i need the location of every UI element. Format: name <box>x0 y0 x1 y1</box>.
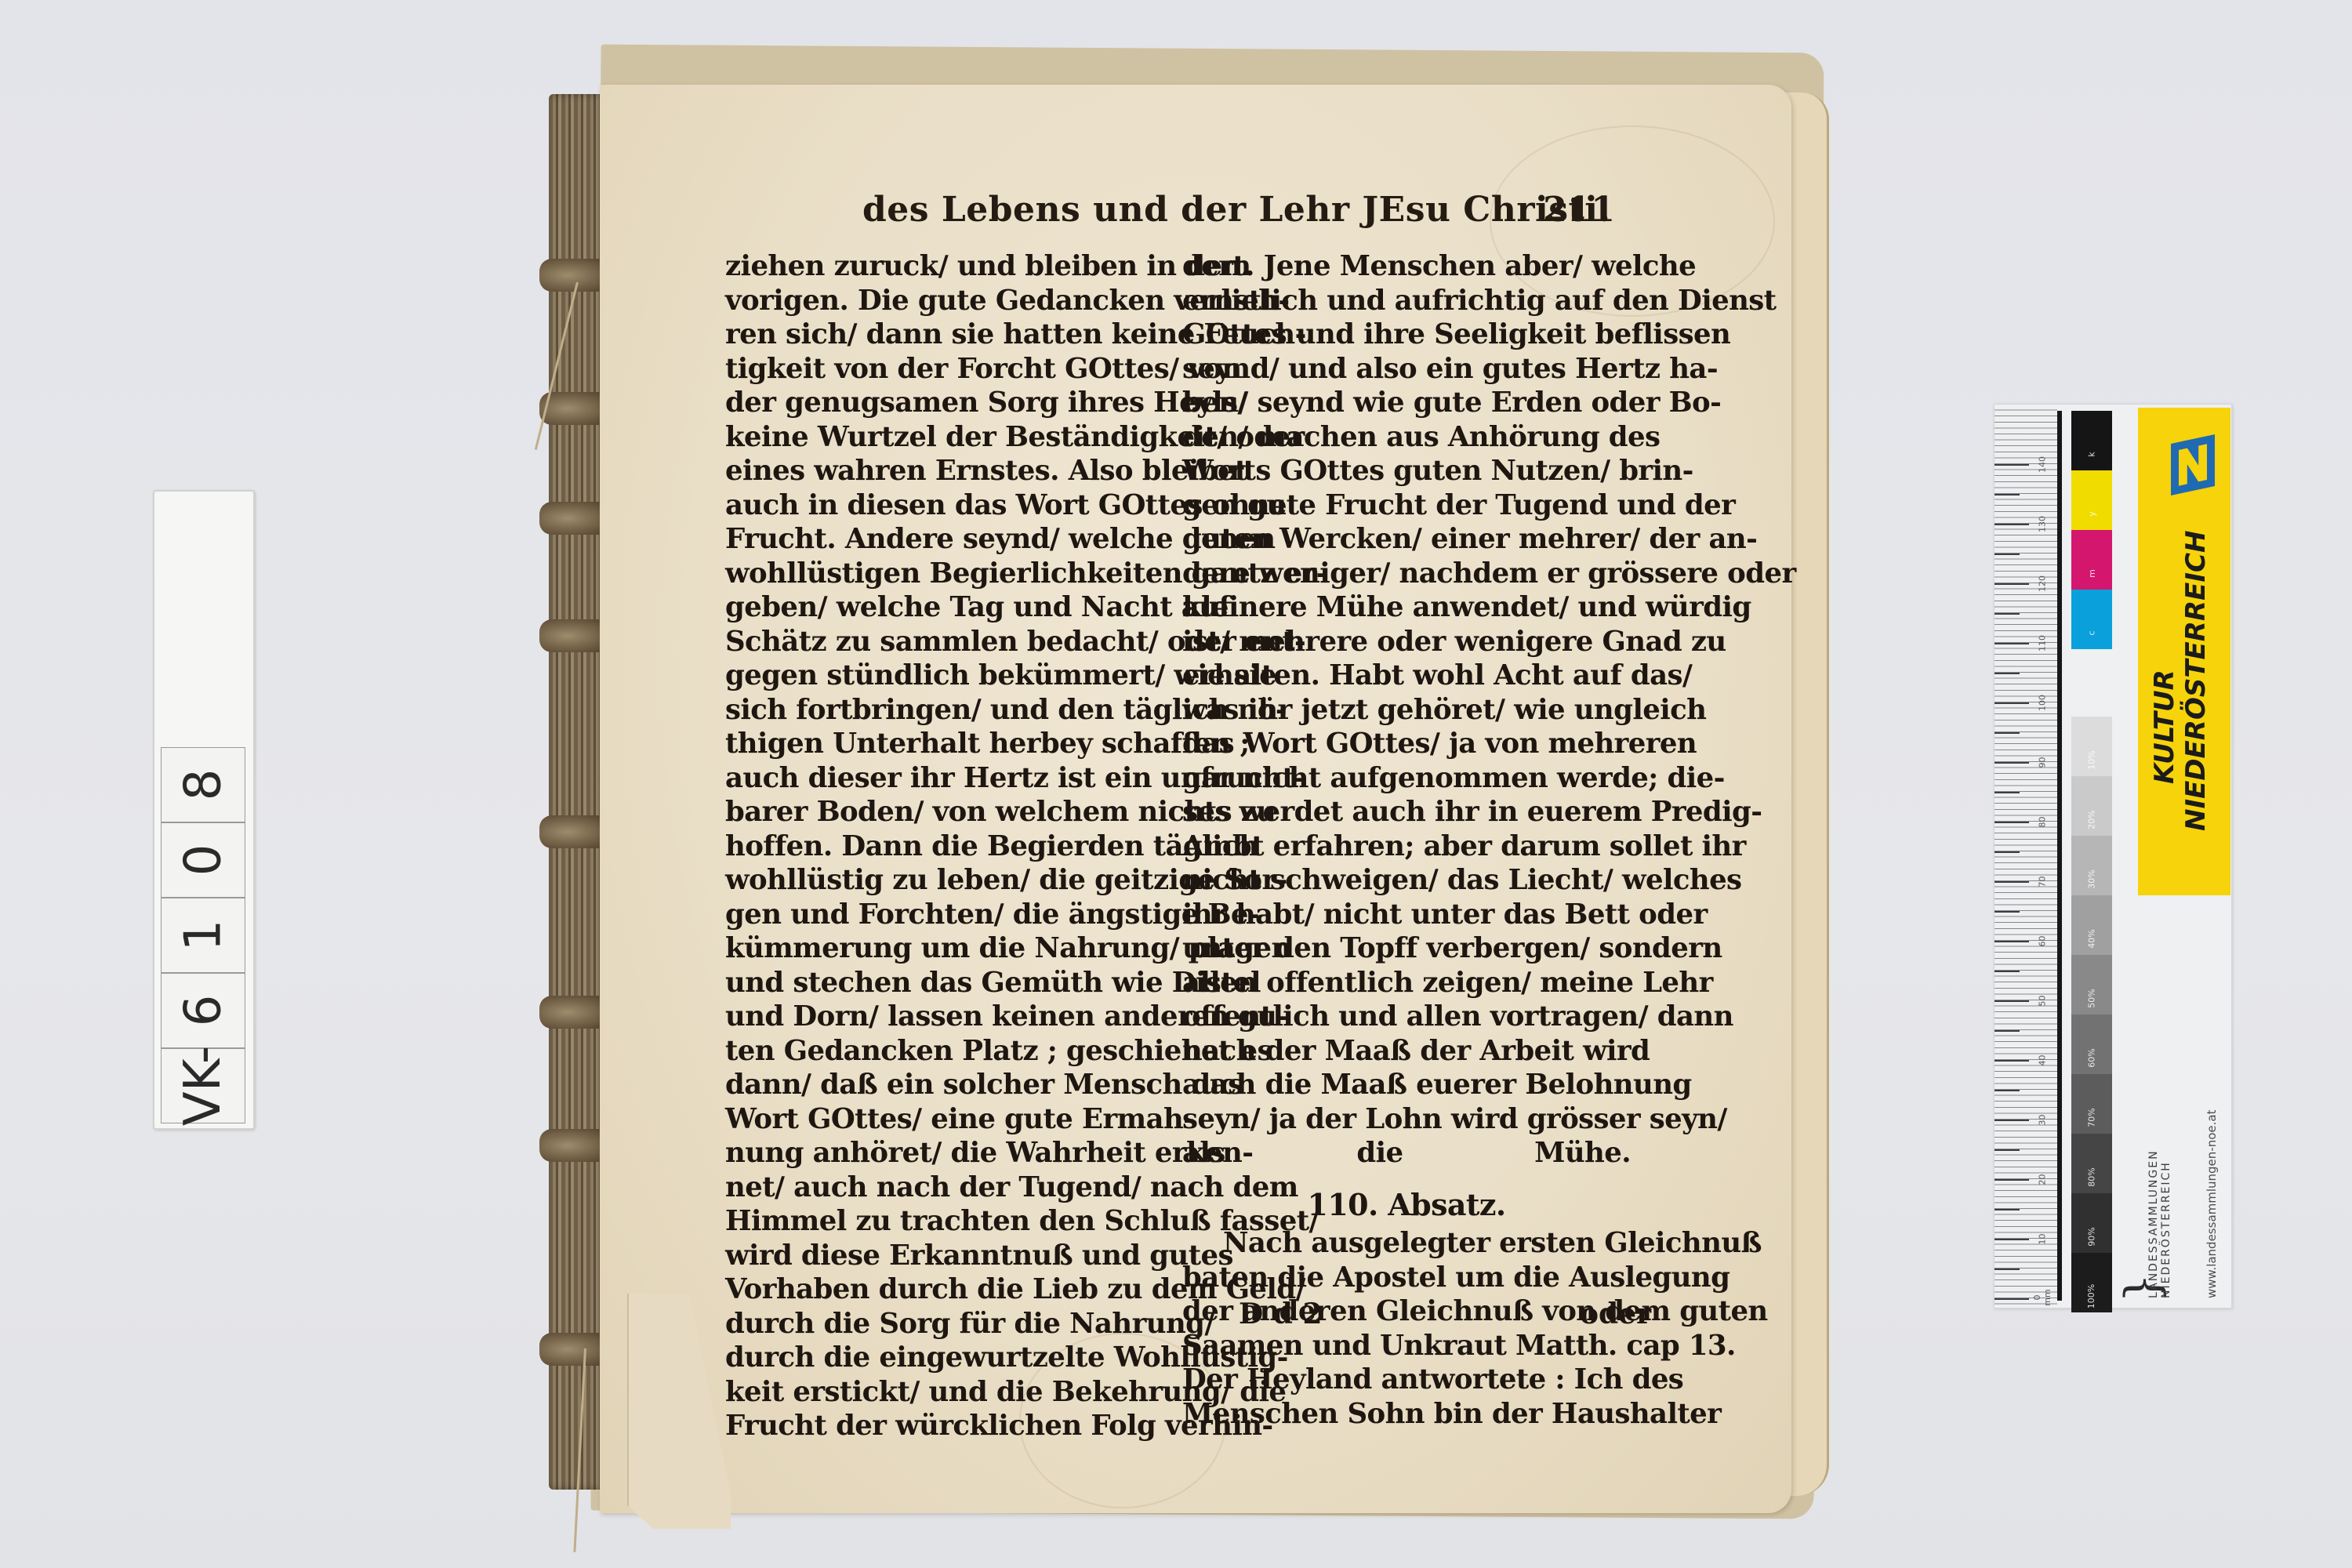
text-line: Worts GOttes guten Nutzen/ brin- <box>1182 454 1631 488</box>
text-line: das Wort GOttes/ ja von mehreren <box>1182 727 1631 761</box>
text-line: Der Heyland antwortete : Ich des <box>1182 1363 1631 1397</box>
ruler-tick <box>1994 1179 2029 1181</box>
label-cell: VK- <box>161 1048 245 1123</box>
ruler-label: 70 <box>2038 870 2048 894</box>
text-line: seynd/ und also ein gutes Hertz ha- <box>1182 352 1631 387</box>
text-line: eines wahren Ernstes. Also bleibet <box>725 454 1168 488</box>
ruler-label: 140 <box>2038 453 2048 477</box>
signature-mark: D d 2 <box>1239 1298 1323 1330</box>
text-line: ziehen zuruck/ und bleiben in dem <box>725 249 1168 284</box>
text-line: allen offentlich zeigen/ meine Lehr <box>1182 966 1631 1000</box>
gray-patch: 50% <box>2071 955 2112 1014</box>
text-line: gar nicht aufgenommen werde; die- <box>1182 761 1631 796</box>
ruler-tick <box>1994 1120 2029 1121</box>
text-line: gen und Forchten/ die ängstige Be- <box>725 898 1168 932</box>
institution-line-2: NIEDERÖSTERREICH <box>2160 1161 2172 1298</box>
brand-wordmark: KULTUR NIEDERÖSTERREICH <box>2149 531 2212 831</box>
gray-patch: 80% <box>2071 1134 2112 1193</box>
label-cell: 6 <box>161 973 245 1048</box>
ruler-label: 50 <box>2038 989 2048 1013</box>
ruler-tick <box>1994 1060 2029 1062</box>
label-digit: 6 <box>174 995 232 1027</box>
text-line: barer Boden/ von welchem nichts zu <box>725 795 1168 829</box>
text-line: dere weniger/ nachdem er grössere oder <box>1182 557 1631 591</box>
ruler-tick <box>1994 613 2020 615</box>
label-cell: 0 <box>161 822 245 898</box>
text-line: den/ machen aus Anhörung des <box>1182 420 1631 455</box>
gray-patch: 100% <box>2071 1253 2112 1312</box>
text-line: Himmel zu trachten den Schluß fasset/ <box>725 1204 1168 1239</box>
text-line: und stechen das Gemüth wie Distel <box>725 966 1168 1000</box>
text-line: wird diese Erkanntnuß und gutes <box>725 1239 1168 1273</box>
text-column-left: ziehen zuruck/ und bleiben in demvorigen… <box>725 249 1168 1443</box>
patch-label: y <box>2086 511 2096 517</box>
ruler-label: 110 <box>2038 632 2048 655</box>
patch-label: 60% <box>2086 1048 2096 1067</box>
text-line: Wort GOttes/ eine gute Ermah- <box>725 1102 1168 1137</box>
text-line: guten Wercken/ einer mehrer/ der an- <box>1182 522 1631 557</box>
patch-label: 100% <box>2086 1284 2096 1308</box>
text-line: vorigen. Die gute Gedancken verlieh- <box>725 284 1168 318</box>
section-heading: 110. Absatz. <box>1182 1188 1631 1222</box>
patch-label: 20% <box>2086 810 2096 829</box>
page-number: 211 <box>1543 190 1615 230</box>
gray-patch: 90% <box>2071 1193 2112 1253</box>
text-line: als die Mühe. <box>1182 1136 1631 1171</box>
text-line: net/ auch nach der Tugend/ nach dem <box>725 1171 1168 1205</box>
noe-logo-icon <box>2171 434 2215 495</box>
running-head-title: des Lebens und der Lehr JEsu Christi. <box>862 190 1610 230</box>
ruler-tick <box>1994 583 2029 585</box>
ruler-tick <box>1994 911 2020 913</box>
patch-label: 70% <box>2086 1108 2096 1127</box>
gray-patch: 10% <box>2071 717 2112 776</box>
text-line: durch die Sorg für die Nahrung/ <box>725 1307 1168 1341</box>
text-line: Ambt erfahren; aber darum sollet ihr <box>1182 829 1631 864</box>
ruler-tick <box>1994 732 2020 734</box>
ruler-label: 0 mm <box>2032 1286 2053 1309</box>
text-line: keit erstickt/ und die Bekehrung/ die <box>725 1375 1168 1410</box>
text-line: gen gute Frucht der Tugend und der <box>1182 488 1631 523</box>
ruler-tick <box>1994 1149 2020 1151</box>
ruler-tick <box>1994 1030 2020 1032</box>
ruler-tick <box>1994 1239 2029 1240</box>
ruler-tick <box>1994 941 2029 942</box>
ruler-tick <box>1994 702 2029 704</box>
text-line: ten Gedancken Platz ; geschiehet es <box>725 1034 1168 1069</box>
brand-line-1: KULTUR <box>2149 531 2180 831</box>
gray-patch: 20% <box>2071 776 2112 836</box>
text-line: der genugsamen Sorg ihres Heyls/ <box>725 386 1168 420</box>
ruler-label: 40 <box>2038 1049 2048 1073</box>
patch-label: k <box>2087 452 2097 456</box>
catchword: oder <box>1580 1298 1651 1330</box>
color-patch-c: c <box>2071 590 2112 649</box>
running-head: des Lebens und der Lehr JEsu Christi. 21… <box>862 190 1615 237</box>
text-column-right: dert. Jene Menschen aber/ welcheernstlic… <box>1182 249 1631 1431</box>
ruler-tick <box>1994 822 2029 823</box>
label-cell: 8 <box>161 747 245 822</box>
text-line: ihr habt/ nicht unter das Bett oder <box>1182 898 1631 932</box>
text-line: keine Wurtzel der Beständigkeit/ oder <box>725 420 1168 455</box>
text-line: kümmerung um die Nahrung/ plagen <box>725 931 1168 966</box>
text-line: tigkeit von der Forcht GOttes/ von <box>725 352 1168 387</box>
label-digit: 1 <box>174 920 232 952</box>
text-line: auch in diesen das Wort GOttes ohne <box>725 488 1168 523</box>
inventory-number-label: 8 0 1 6 VK- <box>153 490 255 1130</box>
ruler-tick <box>1994 762 2029 764</box>
text-line: nicht schweigen/ das Liecht/ welches <box>1182 863 1631 898</box>
gray-patch: 70% <box>2071 1074 2112 1134</box>
color-scale-card: KULTUR NIEDERÖSTERREICH www.landessammlu… <box>1994 404 2232 1308</box>
black-reference-bar <box>2057 411 2062 1301</box>
ruler-tick <box>1994 1298 2029 1300</box>
ruler-tick <box>1994 792 2020 793</box>
text-line: Frucht. Andere seynd/ welche denen <box>725 522 1168 557</box>
ruler-label: 100 <box>2038 691 2048 715</box>
patch-label: 40% <box>2086 929 2096 948</box>
text-line: gegen stündlich bekümmert/ wie sie <box>725 659 1168 693</box>
text-line: unter den Topff verbergen/ sondern <box>1182 931 1631 966</box>
patch-label: 50% <box>2086 989 2096 1007</box>
text-line: Menschen Sohn bin der Haushalter <box>1182 1397 1631 1432</box>
patch-label: m <box>2087 569 2097 578</box>
website-url: www.landessammlungen-noe.at <box>2205 1110 2219 1298</box>
text-line: ben/ seynd wie gute Erden oder Bo- <box>1182 386 1631 420</box>
label-prefix: VK- <box>174 1046 232 1126</box>
text-line: GOttes und ihre Seeligkeit beflissen <box>1182 318 1631 352</box>
gray-patch: 60% <box>2071 1014 2112 1074</box>
text-line: auch die Maaß euerer Belohnung <box>1182 1068 1631 1102</box>
color-patch-m: m <box>2071 530 2112 590</box>
patch-label: 30% <box>2086 869 2096 888</box>
text-line: nach der Maaß der Arbeit wird <box>1182 1034 1631 1069</box>
text-line: offentlich und allen vortragen/ dann <box>1182 1000 1631 1034</box>
text-line: dert. Jene Menschen aber/ welche <box>1182 249 1631 284</box>
book-spine <box>549 94 605 1490</box>
text-line: Nach ausgelegter ersten Gleichnuß <box>1182 1226 1631 1261</box>
ruler-tick <box>1994 643 2029 644</box>
ruler-label: 130 <box>2038 513 2048 536</box>
text-line: hoffen. Dann die Begierden täglich <box>725 829 1168 864</box>
ruler-label: 90 <box>2038 751 2048 775</box>
text-line: kleinere Mühe anwendet/ und würdig <box>1182 590 1631 625</box>
ruler-tick <box>1994 554 2020 555</box>
ruler-tick <box>1994 971 2020 972</box>
text-line: Frucht der würcklichen Folg verhin- <box>725 1409 1168 1443</box>
gray-patch: 30% <box>2071 836 2112 895</box>
color-patch-y: y <box>2071 470 2112 530</box>
text-line: wohllüstigen Begierlichkeiten gantz er- <box>725 557 1168 591</box>
ruler-label: 30 <box>2038 1109 2048 1132</box>
text-line: sich fortbringen/ und den täglich nö- <box>725 693 1168 728</box>
text-line: seyn/ ja der Lohn wird grösser seyn/ <box>1182 1102 1631 1137</box>
text-line: ist/ mehrere oder wenigere Gnad zu <box>1182 625 1631 659</box>
color-patch-k: k <box>2071 411 2112 470</box>
patch-label: 90% <box>2086 1227 2096 1246</box>
institution-line-1: LANDESSAMMLUNGEN <box>2147 1149 2160 1298</box>
ruler-tick <box>1994 1269 2020 1270</box>
text-line: auch dieser ihr Hertz ist ein unfrucht- <box>725 761 1168 796</box>
text-line: baten die Apostel um die Auslegung <box>1182 1261 1631 1295</box>
ruler-tick <box>1994 1209 2020 1210</box>
ruler-tick <box>1994 524 2029 525</box>
ruler-label: 80 <box>2038 811 2048 834</box>
label-digit: 8 <box>174 769 232 801</box>
brand-panel: KULTUR NIEDERÖSTERREICH <box>2138 408 2230 895</box>
patch-label: 80% <box>2086 1167 2096 1186</box>
text-line: erhalten. Habt wohl Acht auf das/ <box>1182 659 1631 693</box>
millimeter-ruler <box>1994 405 2057 1308</box>
label-digit: 0 <box>174 844 232 877</box>
ruler-tick <box>1994 881 2029 883</box>
ruler-tick <box>1994 1000 2029 1002</box>
text-line: thigen Unterhalt herbey schaffen ; <box>725 727 1168 761</box>
institution-name: LANDESSAMMLUNGEN NIEDERÖSTERREICH <box>2147 1149 2172 1298</box>
text-line: Saamen und Unkraut Matth. cap 13. <box>1182 1329 1631 1363</box>
gray-patch: 40% <box>2071 895 2112 955</box>
text-line: und Dorn/ lassen keinen anderen gu- <box>725 1000 1168 1034</box>
ruler-label: 60 <box>2038 930 2048 953</box>
text-line: Schätz zu sammlen bedacht/ oder ent- <box>725 625 1168 659</box>
text-line: ren sich/ dann sie hatten keine Feuch- <box>725 318 1168 352</box>
text-line: ernstlich und aufrichtig auf den Dienst <box>1182 284 1631 318</box>
ruler-tick <box>1994 851 2020 853</box>
text-line: nung anhöret/ die Wahrheit erken- <box>725 1136 1168 1171</box>
ruler-tick <box>1994 1090 2020 1091</box>
label-cell: 1 <box>161 898 245 973</box>
ruler-label: 120 <box>2038 572 2048 596</box>
text-line: dann/ daß ein solcher Mensch das <box>725 1068 1168 1102</box>
ruler-tick <box>1994 464 2029 466</box>
text-line: geben/ welche Tag und Nacht auf <box>725 590 1168 625</box>
brand-line-2: NIEDERÖSTERREICH <box>2180 531 2212 831</box>
text-line: was ihr jetzt gehöret/ wie ungleich <box>1182 693 1631 728</box>
ruler-label: 20 <box>2038 1168 2048 1192</box>
ruler-label: 10 <box>2038 1228 2048 1251</box>
patch-label: c <box>2087 630 2097 635</box>
text-line: durch die eingewurtzelte Wohllüstig- <box>725 1341 1168 1375</box>
text-line: ses werdet auch ihr in euerem Predig- <box>1182 795 1631 829</box>
ruler-tick <box>1994 494 2020 495</box>
text-line: Vorhaben durch die Lieb zu dem Geld/ <box>725 1272 1168 1307</box>
patch-label: 10% <box>2086 750 2096 769</box>
ruler-tick <box>1994 673 2020 674</box>
text-line: wohllüstig zu leben/ die geitzige Sor- <box>725 863 1168 898</box>
